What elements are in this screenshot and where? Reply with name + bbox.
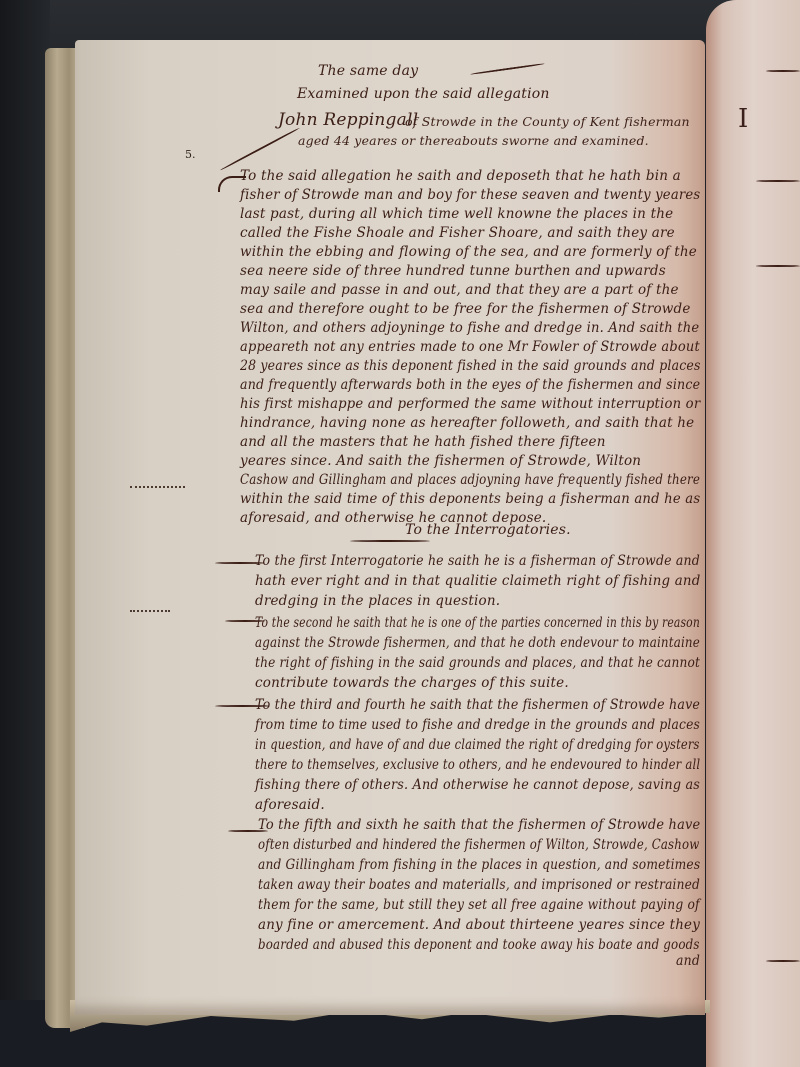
text-line: and frequently afterwards both in the ey… <box>240 377 700 393</box>
text-line: fishing there of others. And otherwise h… <box>255 777 700 793</box>
deponent-age: aged 44 yeares or thereabouts sworne and… <box>298 133 649 148</box>
deponent-name: John Reppingall <box>278 110 418 130</box>
facing-page-mark: I <box>738 104 748 134</box>
day-line: The same day <box>318 63 418 79</box>
text-line: dredging in the places in question. <box>255 593 500 609</box>
text-line: and Gillingham from fishing in the place… <box>258 857 700 873</box>
catchword: and <box>676 953 700 969</box>
text-line: To the fifth and sixth he saith that the… <box>258 817 700 833</box>
text-line: there to themselves, exclusive to others… <box>255 757 700 773</box>
text-line: Cashow and Gillingham and places adjoyni… <box>240 472 700 488</box>
text-line: sea neere side of three hundred tunne bu… <box>240 263 666 279</box>
text-line: called the Fishe Shoale and Fisher Shoar… <box>240 225 675 241</box>
text-line: To the first Interrogatorie he saith he … <box>255 553 700 569</box>
text-line: the right of fishing in the said grounds… <box>255 655 700 671</box>
text-line: 28 yeares since as this deponent fished … <box>240 358 701 374</box>
text-line: To the said allegation he saith and depo… <box>240 168 681 184</box>
text-line: within the ebbing and flowing of the sea… <box>240 244 697 260</box>
text-line: hindrance, having none as hereafter foll… <box>240 415 694 431</box>
text-line: may saile and passe in and out, and that… <box>240 282 679 298</box>
text-line: and all the masters that he hath fished … <box>240 434 606 450</box>
margin-mark <box>130 610 170 612</box>
text-line: Wilton, and others adjoyninge to fishe a… <box>240 320 699 336</box>
facing-flourish <box>766 70 800 72</box>
text-line: yeares since. And saith the fishermen of… <box>240 453 641 469</box>
text-line: hath ever right and in that qualitie cla… <box>255 573 700 589</box>
text-line: them for the same, but still they set al… <box>258 897 700 913</box>
text-line: appeareth not any entries made to one Mr… <box>240 339 700 355</box>
text-line: in question, and have of and due claimed… <box>255 737 700 753</box>
text-line: aforesaid. <box>255 797 325 813</box>
facing-flourish <box>756 265 800 267</box>
text-line: boarded and abused this deponent and too… <box>258 937 700 953</box>
deponent-description: of Strowde in the County of Kent fisherm… <box>405 114 690 129</box>
heading-flourish <box>350 540 430 542</box>
folio-mark: 5. <box>185 148 196 161</box>
text-line: against the Strowde fishermen, and that … <box>255 635 700 651</box>
facing-flourish <box>766 960 800 962</box>
text-line: taken away their boates and materialls, … <box>258 877 700 893</box>
text-line: his first mishappe and performed the sam… <box>240 396 700 412</box>
text-line: To the second he saith that he is one of… <box>255 615 700 631</box>
text-line: last past, during all which time well kn… <box>240 206 673 222</box>
text-line: To the third and fourth he saith that th… <box>255 697 700 713</box>
text-line: from time to time used to fishe and dred… <box>255 717 700 733</box>
text-line: fisher of Strowde man and boy for these … <box>240 187 700 203</box>
text-line: any fine or amercement. And about thirte… <box>258 917 700 933</box>
interrogatories-heading: To the Interrogatories. <box>405 522 571 538</box>
text-line: sea and therefore ought to be free for t… <box>240 301 691 317</box>
examined-line: Examined upon the said allegation <box>297 86 550 102</box>
text-line: contribute towards the charges of this s… <box>255 675 569 691</box>
text-line: often disturbed and hindered the fisherm… <box>258 837 699 853</box>
photo-background-left <box>0 0 50 1067</box>
text-line: within the said time of this deponents b… <box>240 491 700 507</box>
margin-mark <box>130 486 185 488</box>
facing-flourish <box>756 180 800 182</box>
facing-page: I <box>706 0 800 1067</box>
